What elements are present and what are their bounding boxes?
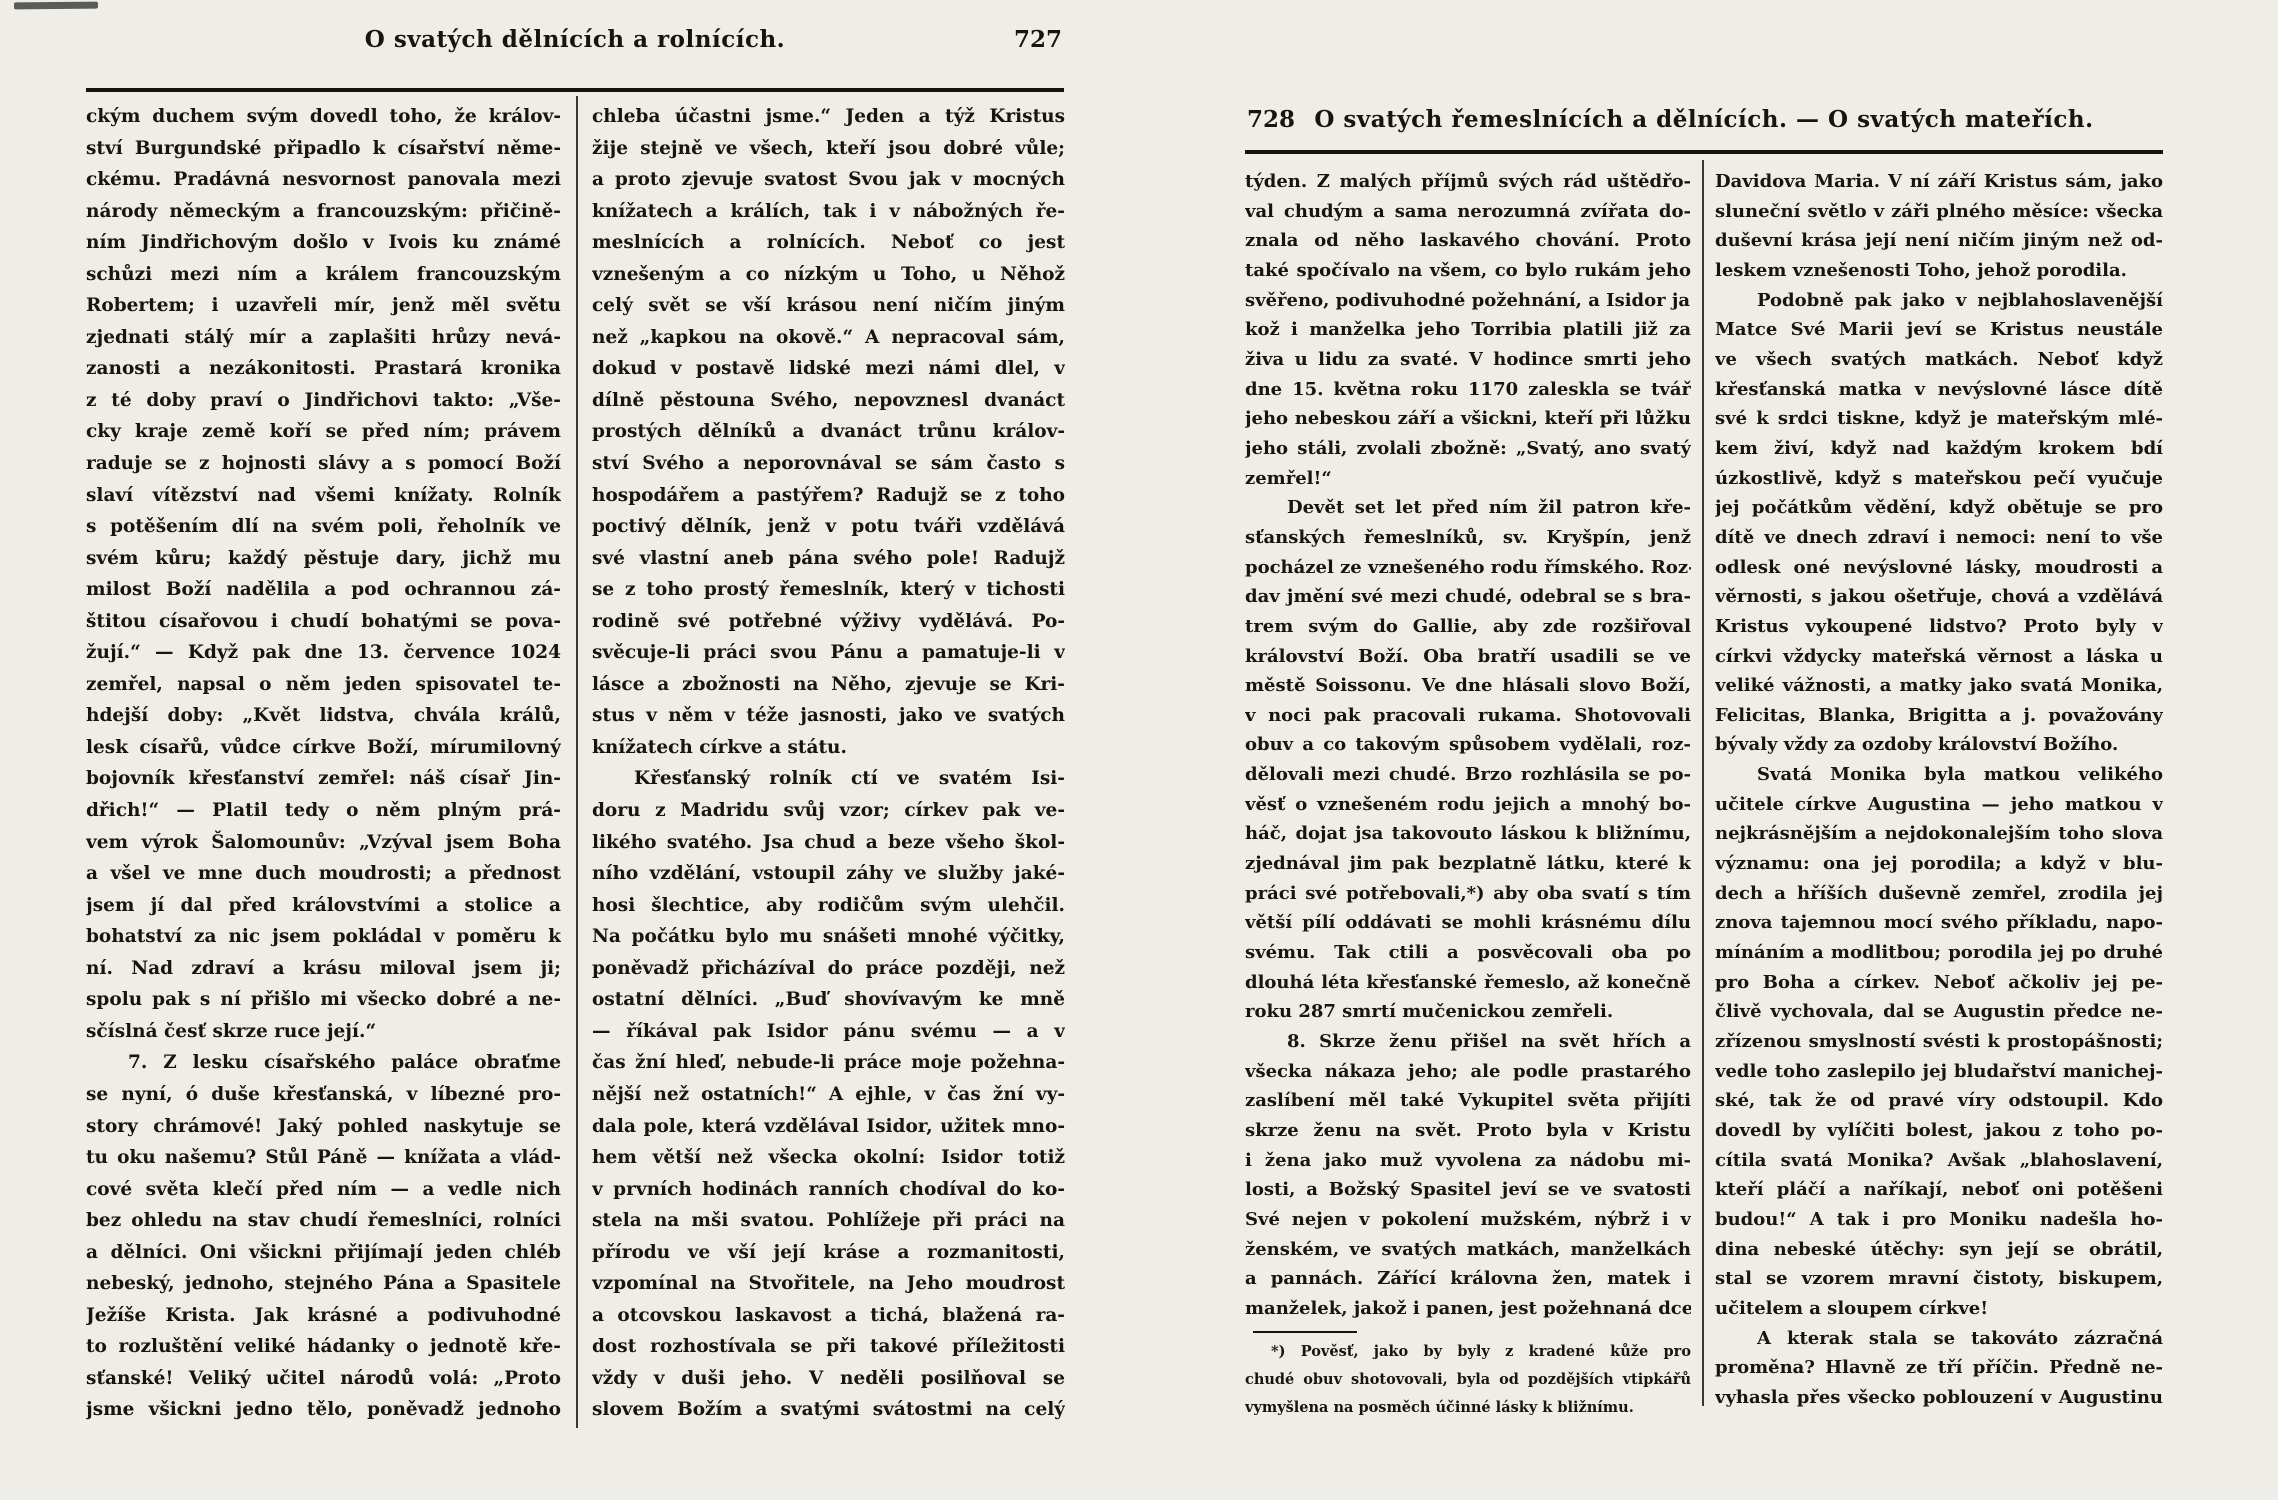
text-line: Křesťanský rolník ctí ve svatém Isi- — [592, 763, 1065, 795]
text-line: story chrámové! Jaký pohled naskytuje se — [86, 1111, 561, 1143]
text-line: cítila svatá Monika? Avšak „blahoslavení… — [1715, 1146, 2163, 1176]
text-line: stus v něm v téže jasnosti, jako ve svat… — [592, 700, 1065, 732]
text-line: meslnících a rolnících. Neboť co jest — [592, 227, 1065, 259]
text-line: 7. Z lesku císařského paláce obraťme — [86, 1047, 561, 1079]
text-line: ství Burgundské připadlo k císařství něm… — [86, 133, 561, 165]
text-line: ostatní dělníci. „Buď shovívavým ke mně — [592, 984, 1065, 1016]
text-line: knížatech a králích, tak i v nábožných ř… — [592, 196, 1065, 228]
text-line: ské, tak že od pravé víry odstoupil. Kdo — [1715, 1086, 2163, 1116]
text-line: ního vzdělání, vstoupil záhy ve služby j… — [592, 858, 1065, 890]
text-line: spolu pak s ní přišlo mi všecko dobré a … — [86, 984, 561, 1016]
text-line: dokud v postavě lidské mezi námi dlel, v — [592, 353, 1065, 385]
text-line: vymyšlena na posměch účinné lásky k bliž… — [1245, 1394, 1691, 1422]
text-line: dřich!“ — Platil tedy o něm plným prá- — [86, 795, 561, 827]
text-line: chleba účastni jsme.“ Jeden a týž Kristu… — [592, 101, 1065, 133]
text-line: bohatství za nic jsem pokládal v poměru … — [86, 921, 561, 953]
text-line: hem větší než všecka okolní: Isidor toti… — [592, 1142, 1065, 1174]
text-line: zjednával jim pak bezplatně látku, které… — [1245, 849, 1691, 879]
text-line: než „kapkou na okově.“ A nepracoval sám, — [592, 322, 1065, 354]
text-line: se z toho prostý řemeslník, který v tich… — [592, 574, 1065, 606]
text-line: dělovali mezi chudé. Brzo rozhlásila se … — [1245, 760, 1691, 790]
text-line: ní. Nad zdraví a krásu miloval jsem ji; — [86, 953, 561, 985]
text-line: chudé obuv shotovovali, byla od pozdější… — [1245, 1366, 1691, 1394]
text-line: — říkával pak Isidor pánu svému — a v — [592, 1016, 1065, 1048]
text-line: odlesk oné nevýslovné lásky, moudrosti a — [1715, 553, 2163, 583]
page-left-header: O svatých dělnících a rolnících. 727 — [86, 26, 1064, 62]
text-line: hospodářem a pastýřem? Radujž se z toho — [592, 480, 1065, 512]
text-line: proměna? Hlavně ze tří příčin. Předně ne… — [1715, 1353, 2163, 1383]
text-line: bez ohledu na stav chudí řemeslníci, rol… — [86, 1205, 561, 1237]
text-line: vždy v duši jeho. V neděli posilňoval se — [592, 1363, 1065, 1395]
text-line: milost Boží nadělila a pod ochrannou zá- — [86, 574, 561, 606]
text-line: práci své potřebovali,*) aby oba svatí s… — [1245, 879, 1691, 909]
text-line: zemřel!“ — [1245, 464, 1691, 494]
text-line: vedle toho zaslepilo jej bludařství mani… — [1715, 1057, 2163, 1087]
text-line: dítě ve dnech zdraví i nemoci: není to v… — [1715, 523, 2163, 553]
footnote-divider — [1253, 1331, 1357, 1333]
text-line: kož i manželka jeho Torribia platili již… — [1245, 315, 1691, 345]
text-line: dina nebeské útěchy: syn její se obrátil… — [1715, 1235, 2163, 1265]
text-line: svém kůru; každý pěstuje dary, jichž mu — [86, 543, 561, 575]
text-line: a proto zjevuje svatost Svou jak v mocný… — [592, 164, 1065, 196]
text-line: pro Boha a církev. Neboť ačkoliv jej pe- — [1715, 968, 2163, 998]
text-line: slaví vítězství nad všemi knížaty. Rolní… — [86, 480, 561, 512]
page-title: O svatých dělnících a rolnících. — [86, 26, 1064, 53]
text-line: svému. Tak ctili a posvěcovali oba po — [1245, 938, 1691, 968]
text-line: týden. Z malých příjmů svých rád uštědřo… — [1245, 167, 1691, 197]
text-line: mínáním a modlitbou; porodila jej po dru… — [1715, 938, 2163, 968]
text-line: své k srdci tiskne, když je mateřským ml… — [1715, 404, 2163, 434]
text-line: sluneční světlo v záři plného měsíce: vš… — [1715, 197, 2163, 227]
text-line: 8. Skrze ženu přišel na svět hřích a — [1245, 1027, 1691, 1057]
text-line: dovedl by vylíčiti bolest, jakou z toho … — [1715, 1116, 2163, 1146]
text-line: Matce Své Marii jeví se Kristus neustále — [1715, 315, 2163, 345]
text-line: dala pole, která vzdělával Isidor, užite… — [592, 1111, 1065, 1143]
text-line: nější než ostatních!“ A ejhle, v čas žní… — [592, 1079, 1065, 1111]
text-line: přírodu ve vší její kráse a rozmanitosti… — [592, 1237, 1065, 1269]
text-line: ním Jindřichovým došlo v Ivois ku známé — [86, 227, 561, 259]
text-line: církvi vždycky mateřská věrnost a láska … — [1715, 642, 2163, 672]
text-line: Na počátku bylo mu snášeti mnohé výčitky… — [592, 921, 1065, 953]
text-line: své vlastní aneb pána svého pole! Radujž — [592, 543, 1065, 575]
text-line: se nyní, ó duše křesťanská, v líbezné pr… — [86, 1079, 561, 1111]
text-line: a dělníci. Oni všickni přijímají jeden c… — [86, 1237, 561, 1269]
text-line: zanosti a nezákonitosti. Prastará kronik… — [86, 353, 561, 385]
text-line: obuv a co takovým spůsobem vydělali, roz… — [1245, 730, 1691, 760]
text-line: Kristus vykoupené lidstvo? Proto byly v — [1715, 612, 2163, 642]
text-line: znova tajemnou mocí svého příkladu, napo… — [1715, 908, 2163, 938]
page-number: 727 — [1014, 26, 1062, 53]
text-line: a pannách. Zářící královna žen, matek i — [1245, 1264, 1691, 1294]
text-line: háč, dojat jsa takovouto láskou k bližní… — [1245, 819, 1691, 849]
text-line: učitelem a sloupem církve! — [1715, 1294, 2163, 1324]
text-line: raduje se z hojnosti slávy a s pomocí Bo… — [86, 448, 561, 480]
header-divider — [86, 88, 1064, 92]
text-line: trem svým do Gallie, aby zde rozšiřoval — [1245, 612, 1691, 642]
column-divider — [576, 96, 578, 1428]
text-line: svěřeno, podivuhodné požehnání, a Isidor… — [1245, 286, 1691, 316]
text-line: nebeský, jednoho, stejného Pána a Spasit… — [86, 1268, 561, 1300]
text-line: věsť o vznešeném rodu jejich a mnohý bo- — [1245, 790, 1691, 820]
text-line: dav jmění své mezi chudé, odebral se s b… — [1245, 582, 1691, 612]
text-line: zjednati stálý mír a zaplašiti hrůzy nev… — [86, 322, 561, 354]
text-line: to rozluštění veliké hádanky o jednotě k… — [86, 1331, 561, 1363]
text-line: a otcovskou laskavost a tichá, blažená r… — [592, 1300, 1065, 1332]
text-line: i žena jako muž vyvolena za nádobu mi- — [1245, 1146, 1691, 1176]
text-line: vzpomínal na Stvořitele, na Jeho moudros… — [592, 1268, 1065, 1300]
text-line: roku 287 smrtí mučenickou zemřeli. — [1245, 997, 1691, 1027]
text-line: z té doby praví o Jindřichovi takto: „Vš… — [86, 385, 561, 417]
text-line: Podobně pak jako v nejblahoslavenější — [1715, 286, 2163, 316]
text-line: dne 15. května roku 1170 zaleskla se tvá… — [1245, 375, 1691, 405]
text-line: schůzi mezi ním a králem francouzským — [86, 259, 561, 291]
text-column: Davidova Maria. V ní září Kristus sám, j… — [1715, 167, 2163, 1415]
text-line: městě Soissonu. Ve dne hlásali slovo Bož… — [1245, 671, 1691, 701]
page-title: O svatých řemeslnících a dělnících. — O … — [1245, 106, 2163, 133]
text-line: pocházel ze vznešeného rodu římského. Ro… — [1245, 553, 1691, 583]
text-line: hdejší doby: „Květ lidstva, chvála králů… — [86, 700, 561, 732]
text-line: Felicitas, Blanka, Brigitta a j. považov… — [1715, 701, 2163, 731]
text-column: týden. Z malých příjmů svých rád uštědřo… — [1245, 167, 1691, 1327]
text-line: prostých dělníků a dvanáct trůnu králov- — [592, 416, 1065, 448]
text-line: doru z Madridu svůj vzor; církev pak ve- — [592, 795, 1065, 827]
text-line: manželek, jakož i panen, jest požehnaná … — [1245, 1294, 1691, 1324]
page-right-header: 728 O svatých řemeslnících a dělnících. … — [1245, 106, 2163, 142]
text-line: ckým duchem svým dovedl toho, že králov- — [86, 101, 561, 133]
text-line: dost rozhostívala se při takové příležit… — [592, 1331, 1065, 1363]
text-line: ství Svého a neporovnával se sám často s — [592, 448, 1065, 480]
text-line: nejkrásnějším a nejdokonalejším toho slo… — [1715, 819, 2163, 849]
text-line: významu: ona jej porodila; a když v blu- — [1715, 849, 2163, 879]
text-line: dílně pěstouna Svého, nepovznesl dvanáct — [592, 385, 1065, 417]
footnote: *) Pověsť, jako by byly z kradené kůže p… — [1245, 1338, 1691, 1426]
text-line: také spočívalo na všem, co bylo rukám je… — [1245, 256, 1691, 286]
text-line: ve všech svatých matkách. Neboť když — [1715, 345, 2163, 375]
text-line: Robertem; i uzavřeli mír, jenž měl světu — [86, 290, 561, 322]
text-line: ckému. Pradávná nesvornost panovala mezi — [86, 164, 561, 196]
text-line: losti, a Božský Spasitel jeví se ve svat… — [1245, 1175, 1691, 1205]
text-line: bývaly vždy za ozdoby království Božího. — [1715, 730, 2163, 760]
text-line: likého svatého. Jsa chud a beze všeho šk… — [592, 827, 1065, 859]
text-line: kem živí, když nad každým krokem bdí — [1715, 434, 2163, 464]
text-line: sťanských řemeslníků, sv. Kryšpín, jenž — [1245, 523, 1691, 553]
text-line: znala od něho laskavého chování. Proto — [1245, 226, 1691, 256]
text-line: poněvadž přicházíval do práce později, n… — [592, 953, 1065, 985]
text-line: Svatá Monika byla matkou velikého — [1715, 760, 2163, 790]
text-line: tu oku našemu? Stůl Páně — knížata a vlá… — [86, 1142, 561, 1174]
text-line: leskem vznešenosti Toho, jehož porodila. — [1715, 256, 2163, 286]
text-line: zřízenou smyslností svésti k prostopášno… — [1715, 1027, 2163, 1057]
text-line: Své nejen v pokolení mužském, nýbrž i v — [1245, 1205, 1691, 1235]
text-line: duševní krása její není ničím jiným než … — [1715, 226, 2163, 256]
text-line: s potěšením dlí na svém poli, řeholník v… — [86, 511, 561, 543]
text-line: A kterak stala se takováto zázračná — [1715, 1324, 2163, 1354]
text-line: cové světa klečí před ním — a vedle nich — [86, 1174, 561, 1206]
text-line: svěcuje-li práci svou Pánu a pamatuje-li… — [592, 637, 1065, 669]
text-line: val chudým a sama nerozumná zvířata do- — [1245, 197, 1691, 227]
text-line: slovem Božím a svatými svátostmi na celý — [592, 1394, 1065, 1426]
text-line: cky kraje země koří se před ním; právem — [86, 416, 561, 448]
column-divider — [1702, 160, 1704, 1406]
text-line: žije stejně ve všech, kteří jsou dobré v… — [592, 133, 1065, 165]
text-line: větší pílí oddávati se mohli krásnému dí… — [1245, 908, 1691, 938]
text-line: jeho stáli, zvolali zbožně: „Svatý, ano … — [1245, 434, 1691, 464]
text-line: sťanské! Veliký učitel národů volá: „Pro… — [86, 1363, 561, 1395]
text-line: jsem jí dal před královstvími a stolice … — [86, 890, 561, 922]
text-line: sčíslná česť skrze ruce její.“ — [86, 1016, 561, 1048]
text-line: rodině své potřebné výživy vydělává. Po- — [592, 606, 1065, 638]
text-line: štitou císařovou i chudí bohatými se pov… — [86, 606, 561, 638]
text-line: člivě vychovala, dal se Augustin předce … — [1715, 997, 2163, 1027]
text-line: zemřel, napsal o něm jeden spisovatel te… — [86, 669, 561, 701]
text-line: hosi šlechtice, aby rodičům svým ulehčil… — [592, 890, 1065, 922]
text-line: království Boží. Oba bratří usadili se v… — [1245, 642, 1691, 672]
text-line: budou!“ A tak i pro Moniku nadešla ho- — [1715, 1205, 2163, 1235]
text-line: *) Pověsť, jako by byly z kradené kůže p… — [1245, 1338, 1691, 1366]
text-line: v prvních hodinách ranních chodíval do k… — [592, 1174, 1065, 1206]
text-column: chleba účastni jsme.“ Jeden a týž Kristu… — [592, 101, 1065, 1431]
text-line: všecka nákaza jeho; ale podle prastarého — [1245, 1057, 1691, 1087]
text-line: vznešeným a co nízkým u Toho, u Něhož — [592, 259, 1065, 291]
text-line: v noci pak pracovali rukama. Shotovovali — [1245, 701, 1691, 731]
scan-smudge — [14, 2, 98, 10]
text-line: Devět set let před ním žil patron kře- — [1245, 493, 1691, 523]
text-line: dech a hříších duševně zemřel, zrodila j… — [1715, 879, 2163, 909]
text-line: kteří pláčí a naříkají, neboť oni potěše… — [1715, 1175, 2163, 1205]
text-line: poctivý dělník, jenž v potu tváři vzdělá… — [592, 511, 1065, 543]
text-line: učitele církve Augustina — jeho matkou v — [1715, 790, 2163, 820]
text-line: Davidova Maria. V ní září Kristus sám, j… — [1715, 167, 2163, 197]
text-line: dlouhá léta křesťanské řemeslo, až koneč… — [1245, 968, 1691, 998]
text-line: stela na mši svatou. Pohlížeje při práci… — [592, 1205, 1065, 1237]
text-line: vyhasla přes všecko poblouzení v Augusti… — [1715, 1383, 2163, 1413]
text-column: ckým duchem svým dovedl toho, že králov-… — [86, 101, 561, 1431]
header-divider — [1245, 150, 2163, 154]
text-line: lesk císařů, vůdce církve Boží, mírumilo… — [86, 732, 561, 764]
text-line: jej počátkům vědění, když obětuje se pro — [1715, 493, 2163, 523]
text-line: zaslíbení měl také Vykupitel světa přijí… — [1245, 1086, 1691, 1116]
text-line: ženském, ve svatých matkách, manželkách — [1245, 1235, 1691, 1265]
text-line: stal se vzorem mravní čistoty, biskupem, — [1715, 1264, 2163, 1294]
text-line: a všel ve mne duch moudrosti; a přednost — [86, 858, 561, 890]
text-line: věrnosti, s jakou ošetřuje, chová a vzdě… — [1715, 582, 2163, 612]
text-line: živa u lidu za svaté. V hodince smrti je… — [1245, 345, 1691, 375]
text-line: úzkostlivě, když s mateřskou pečí vyučuj… — [1715, 464, 2163, 494]
text-line: jsme všickni jedno tělo, poněvadž jednoh… — [86, 1394, 561, 1426]
text-line: bojovník křesťanství zemřel: náš císař J… — [86, 763, 561, 795]
text-line: vem výrok Šalomounův: „Vzýval jsem Boha — [86, 827, 561, 859]
text-line: veliké vážnosti, a matky jako svatá Moni… — [1715, 671, 2163, 701]
text-line: knížatech církve a státu. — [592, 732, 1065, 764]
scanned-book-spread: { "colors": { "paper": "#efede7", "ink":… — [0, 0, 2278, 1500]
text-line: lásce a zbožnosti na Něho, zjevuje se Kr… — [592, 669, 1065, 701]
text-line: celý svět se vší krásou není ničím jiným — [592, 290, 1065, 322]
text-line: Ježíše Krista. Jak krásné a podivuhodné — [86, 1300, 561, 1332]
text-line: jeho nebeskou září a všickni, kteří při … — [1245, 404, 1691, 434]
text-line: žují.“ — Když pak dne 13. července 1024 — [86, 637, 561, 669]
text-line: národy německým a francouzským: přičině- — [86, 196, 561, 228]
text-line: čas žní hleď, nebude-li práce moje požeh… — [592, 1047, 1065, 1079]
page-number: 728 — [1247, 106, 1295, 133]
text-line: skrze ženu na svět. Proto byla v Kristu — [1245, 1116, 1691, 1146]
text-line: křesťanská matka v nevýslovné lásce dítě — [1715, 375, 2163, 405]
